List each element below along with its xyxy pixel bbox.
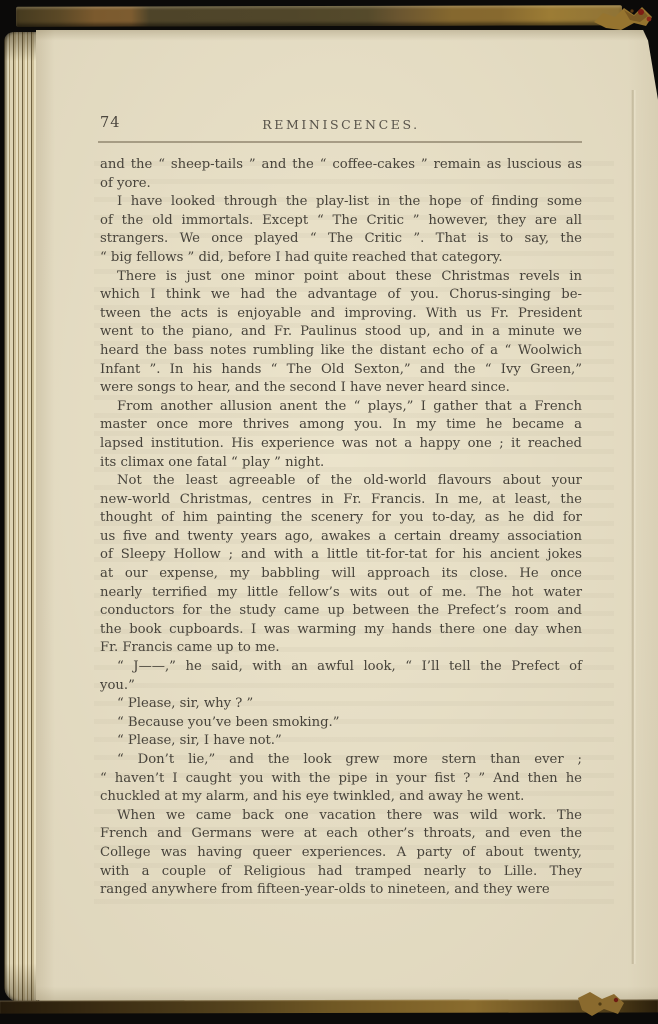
text-line: Not the least agreeable of the old-world… [100, 472, 582, 491]
page-stack-edges [4, 32, 38, 1002]
text-line: “ Please, sir, I have not.” [100, 732, 582, 751]
text-line: nearly terrified my little fellow’s wits… [100, 584, 582, 603]
text-line: “ Because you’ve been smoking.” [100, 714, 582, 733]
paragraph: From another allusion anent the “ plays,… [100, 398, 582, 472]
text-line: of yore. [100, 175, 582, 194]
text-line: “ haven’t I caught you with the pipe in … [100, 770, 582, 789]
paragraph: Not the least agreeable of the old-world… [100, 472, 582, 658]
text-line: Infant ”. In his hands “ The Old Sexton,… [100, 361, 582, 380]
book-cover-bottom-edge [0, 999, 658, 1013]
text-line: There is just one minor point about thes… [100, 268, 582, 287]
paragraph: and the “ sheep-tails ” and the “ coffee… [100, 156, 582, 193]
text-line: which I think we had the advantage of yo… [100, 286, 582, 305]
paragraph: “ Please, sir, I have not.” [100, 732, 582, 751]
text-line: went to the piano, and Fr. Paulinus stoo… [100, 323, 582, 342]
paragraph: “ Don’t lie,” and the look grew more ste… [100, 751, 582, 807]
paragraph: When we came back one vacation there was… [100, 807, 582, 900]
text-line: ranged anywhere from fifteen-year-olds t… [100, 881, 582, 900]
text-line: were songs to hear, and the second I hav… [100, 379, 582, 398]
text-line: lapsed institution. His experience was n… [100, 435, 582, 454]
paragraph: “ J——,” he said, with an awful look, “ I… [100, 658, 582, 695]
text-line: at our expense, my babbling will approac… [100, 565, 582, 584]
text-line: I have looked through the play-list in t… [100, 193, 582, 212]
text-line: us five and twenty years ago, awakes a c… [100, 528, 582, 547]
paragraph: “ Please, sir, why ? ” [100, 695, 582, 714]
text-line: “ Don’t lie,” and the look grew more ste… [100, 751, 582, 770]
photo-backdrop: 74 REMINISCENCES. and the “ sheep-tails … [0, 0, 658, 1024]
text-line: From another allusion anent the “ plays,… [100, 398, 582, 417]
text-line: When we came back one vacation there was… [100, 807, 582, 826]
paragraph: There is just one minor point about thes… [100, 268, 582, 398]
text-line: College was having queer experiences. A … [100, 844, 582, 863]
text-line: Fr. Francis came up to me. [100, 639, 582, 658]
header-rule [98, 141, 582, 143]
text-line: “ big fellows ” did, before I had quite … [100, 249, 582, 268]
text-line: heard the bass notes rumbling like the d… [100, 342, 582, 361]
text-line: “ Please, sir, why ? ” [100, 695, 582, 714]
text-block: and the “ sheep-tails ” and the “ coffee… [100, 156, 582, 900]
text-line: of Sleepy Hollow ; and with a little tit… [100, 546, 582, 565]
running-title: REMINISCENCES. [100, 117, 582, 132]
text-line: tween the acts is enjoyable and improvin… [100, 305, 582, 324]
text-line: master once more thrives among you. In m… [100, 416, 582, 435]
text-line: “ J——,” he said, with an awful look, “ I… [100, 658, 582, 677]
text-line: strangers. We once played “ The Critic ”… [100, 230, 582, 249]
text-line: conductors for the study came up between… [100, 602, 582, 621]
torn-cover-fragment-bottom [576, 990, 628, 1020]
text-line: new-world Christmas, centres in Fr. Fran… [100, 491, 582, 510]
paragraph: I have looked through the play-list in t… [100, 193, 582, 267]
text-line: of the old immortals. Except “ The Criti… [100, 212, 582, 231]
text-line: French and Germans were at each other’s … [100, 825, 582, 844]
text-line: thought of him painting the scenery for … [100, 509, 582, 528]
page-crease [631, 90, 636, 964]
text-line: its climax one fatal “ play ” night. [100, 454, 582, 473]
text-line: with a couple of Religious had tramped n… [100, 863, 582, 882]
paragraph: “ Because you’ve been smoking.” [100, 714, 582, 733]
book-cover-top-edge [16, 5, 622, 27]
text-line: the book cupboards. I was warming my han… [100, 621, 582, 640]
text-line: and the “ sheep-tails ” and the “ coffee… [100, 156, 582, 175]
text-line: you.” [100, 677, 582, 696]
text-line: chuckled at my alarm, and his eye twinkl… [100, 788, 582, 807]
book-page: 74 REMINISCENCES. and the “ sheep-tails … [36, 30, 658, 1000]
